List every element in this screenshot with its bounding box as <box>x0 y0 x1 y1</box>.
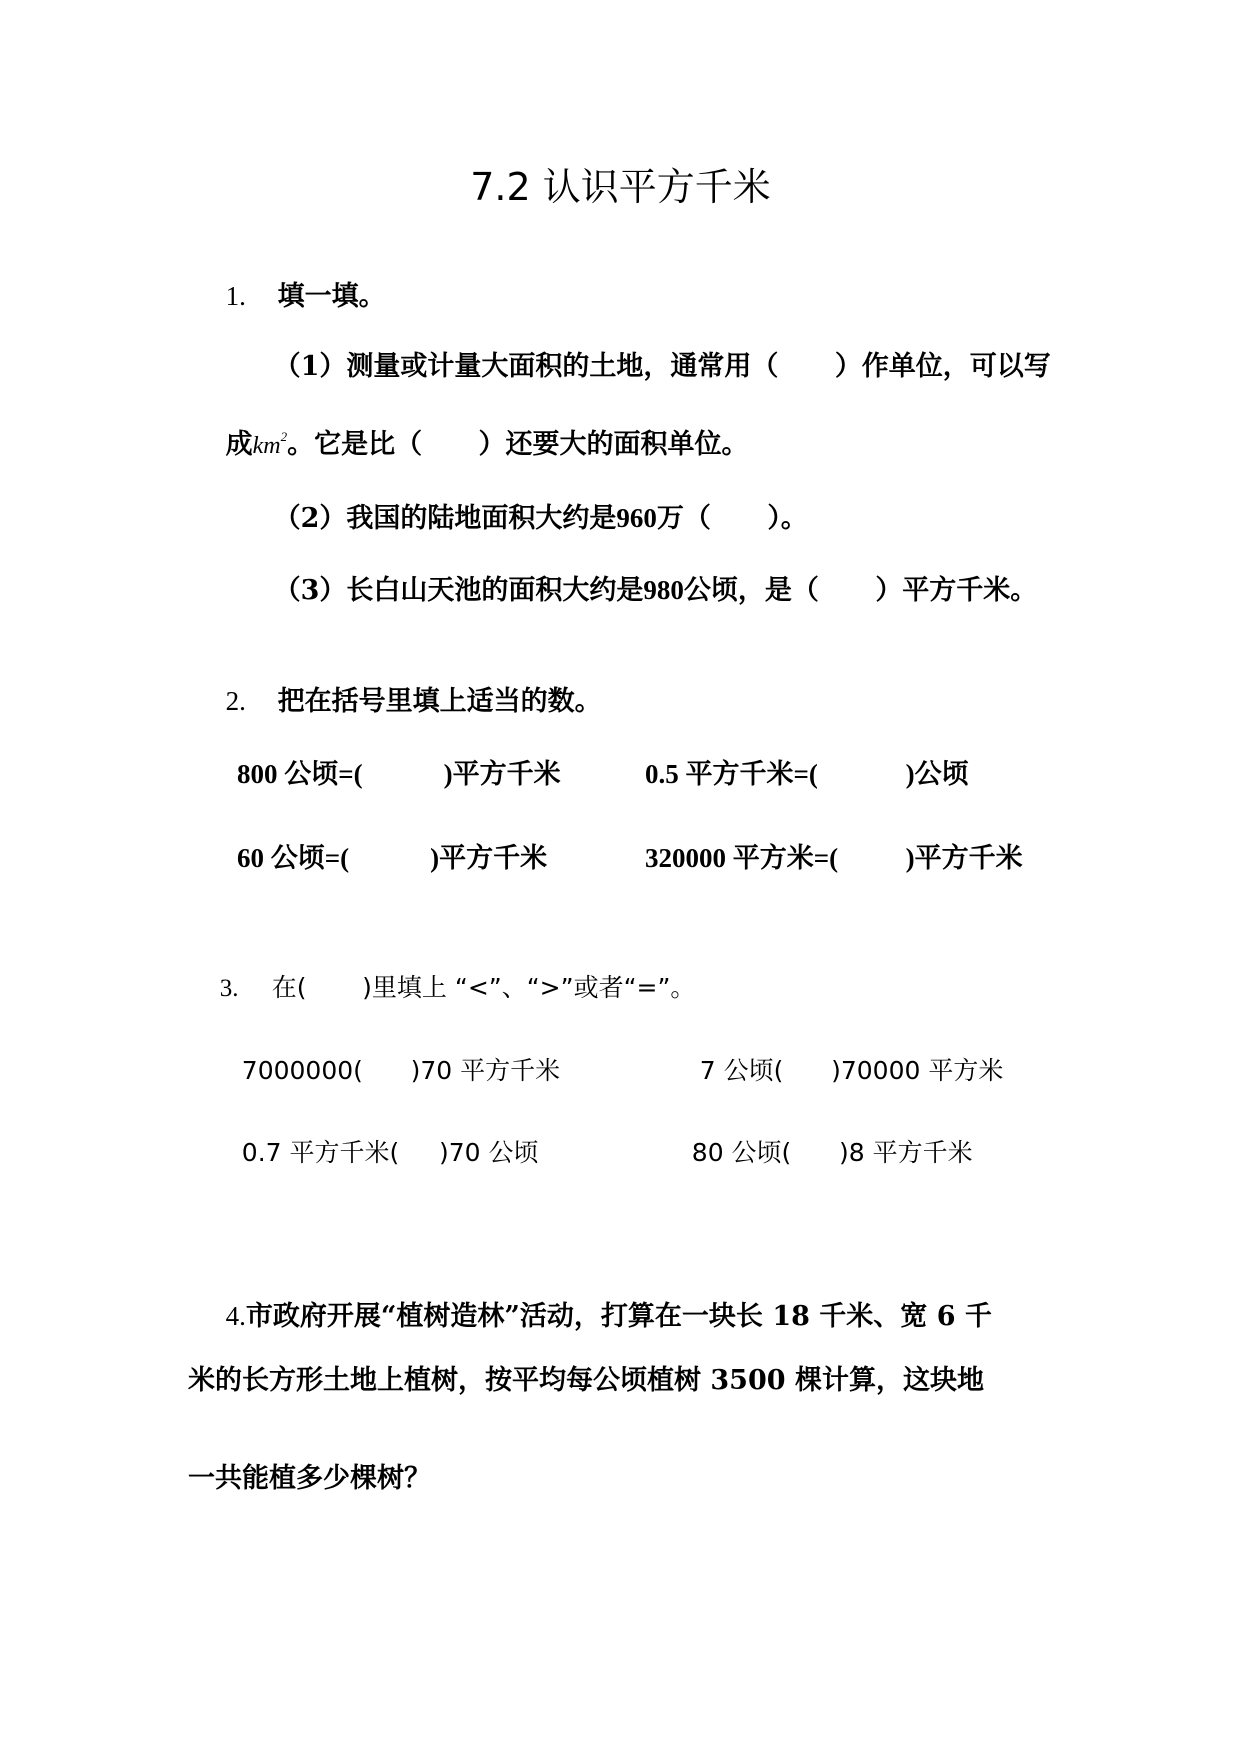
question-text: 市政府开展“植树造林”活动，打算在一块长 18 千米、宽 6 千 <box>246 1301 992 1332</box>
answer-blank[interactable] <box>791 1136 839 1170</box>
item-label: （3） <box>274 575 347 606</box>
expr-right: )平方千米 <box>906 843 1023 873</box>
expr-right: )平方千米 <box>430 843 547 873</box>
expr-right: )70 公顷 <box>439 1138 539 1167</box>
q2-row-2-col-1: 60 公顷=( )平方千米 <box>210 807 547 909</box>
item-text: 我国的陆地面积大约是 <box>346 503 616 534</box>
answer-blank[interactable] <box>399 1136 439 1170</box>
question-text: 在( )里填上 “<”、“>”或者“=”。 <box>272 973 696 1002</box>
item-text: 长白山天池的面积大约是 <box>346 575 643 606</box>
answer-blank[interactable] <box>363 757 444 791</box>
item-text: ）平方千米。 <box>875 575 1037 606</box>
expr-left: 80 公顷( <box>692 1138 792 1167</box>
answer-blank[interactable] <box>783 1054 831 1088</box>
question-text: 把在括号里填上适当的数。 <box>278 686 602 717</box>
item-text: ）作单位，可以写 <box>835 351 1051 382</box>
unit-base: km <box>253 433 281 459</box>
expr-left: 320000 平方米=( <box>645 843 838 873</box>
answer-blank[interactable] <box>778 350 834 384</box>
km-squared-unit: km2 <box>253 433 287 459</box>
expr-left: 0.5 平方千米=( <box>645 759 818 789</box>
question-4-line-3: 一共能植多少棵树？ <box>188 1462 431 1496</box>
q3-row-2-col-2: 80 公顷( )8 平方千米 <box>660 1102 973 1204</box>
q2-row-2-col-2: 320000 平方米=( )平方千米 <box>618 807 1023 909</box>
expr-left: 7000000( <box>242 1056 363 1085</box>
q3-row-2-col-1: 0.7 平方千米( )70 公顷 <box>210 1102 539 1204</box>
expr-left: 60 公顷=( <box>237 843 349 873</box>
item-text: 成 <box>226 429 253 460</box>
expr-left: 7 公顷( <box>700 1056 784 1085</box>
item-number: 980 <box>643 575 684 605</box>
question-number: 1. <box>226 279 278 313</box>
question-4-line-2: 米的长方形土地上植树，按平均每公顷植树 3500 棵计算，这块地 <box>188 1364 984 1398</box>
answer-blank[interactable] <box>711 502 767 536</box>
expr-right: )公顷 <box>906 759 969 789</box>
expr-left: 0.7 平方千米( <box>242 1138 399 1167</box>
question-number: 2. <box>226 684 278 718</box>
item-label: （2） <box>274 503 347 534</box>
question-4-line-1: 4.市政府开展“植树造林”活动，打算在一块长 18 千米、宽 6 千 <box>188 1265 992 1368</box>
item-number: 960 <box>616 503 657 533</box>
q1-item-3: （3）长白山天池的面积大约是980公顷，是（ ）平方千米。 <box>236 539 1037 642</box>
answer-blank[interactable] <box>818 757 906 791</box>
expr-right: )70 平方千米 <box>411 1056 561 1085</box>
worksheet-page: 7.2 认识平方千米 1.填一填。 （1）测量或计量大面积的土地，通常用（ ）作… <box>0 0 1241 1754</box>
item-text: 万（ <box>657 503 711 534</box>
question-number: 4. <box>226 1301 246 1331</box>
item-text: ）。 <box>767 503 808 534</box>
answer-blank[interactable] <box>819 574 875 608</box>
question-number: 3. <box>220 972 272 1006</box>
expr-right: )平方千米 <box>444 759 561 789</box>
question-text: 填一填。 <box>278 281 386 312</box>
page-title: 7.2 认识平方千米 <box>0 164 1241 210</box>
expr-right: )8 平方千米 <box>839 1138 973 1167</box>
answer-blank[interactable] <box>349 841 430 875</box>
item-label: （1） <box>274 351 347 382</box>
expr-right: )70000 平方米 <box>831 1056 1003 1085</box>
answer-blank[interactable] <box>422 428 478 462</box>
answer-blank[interactable] <box>363 1054 411 1088</box>
expr-left: 800 公顷=( <box>237 759 363 789</box>
item-text: ）还要大的面积单位。 <box>479 429 749 460</box>
item-text: 测量或计量大面积的土地，通常用（ <box>346 351 778 382</box>
answer-blank[interactable] <box>838 841 906 875</box>
item-text: 。它是比（ <box>287 429 422 460</box>
item-text: 公顷，是（ <box>684 575 819 606</box>
